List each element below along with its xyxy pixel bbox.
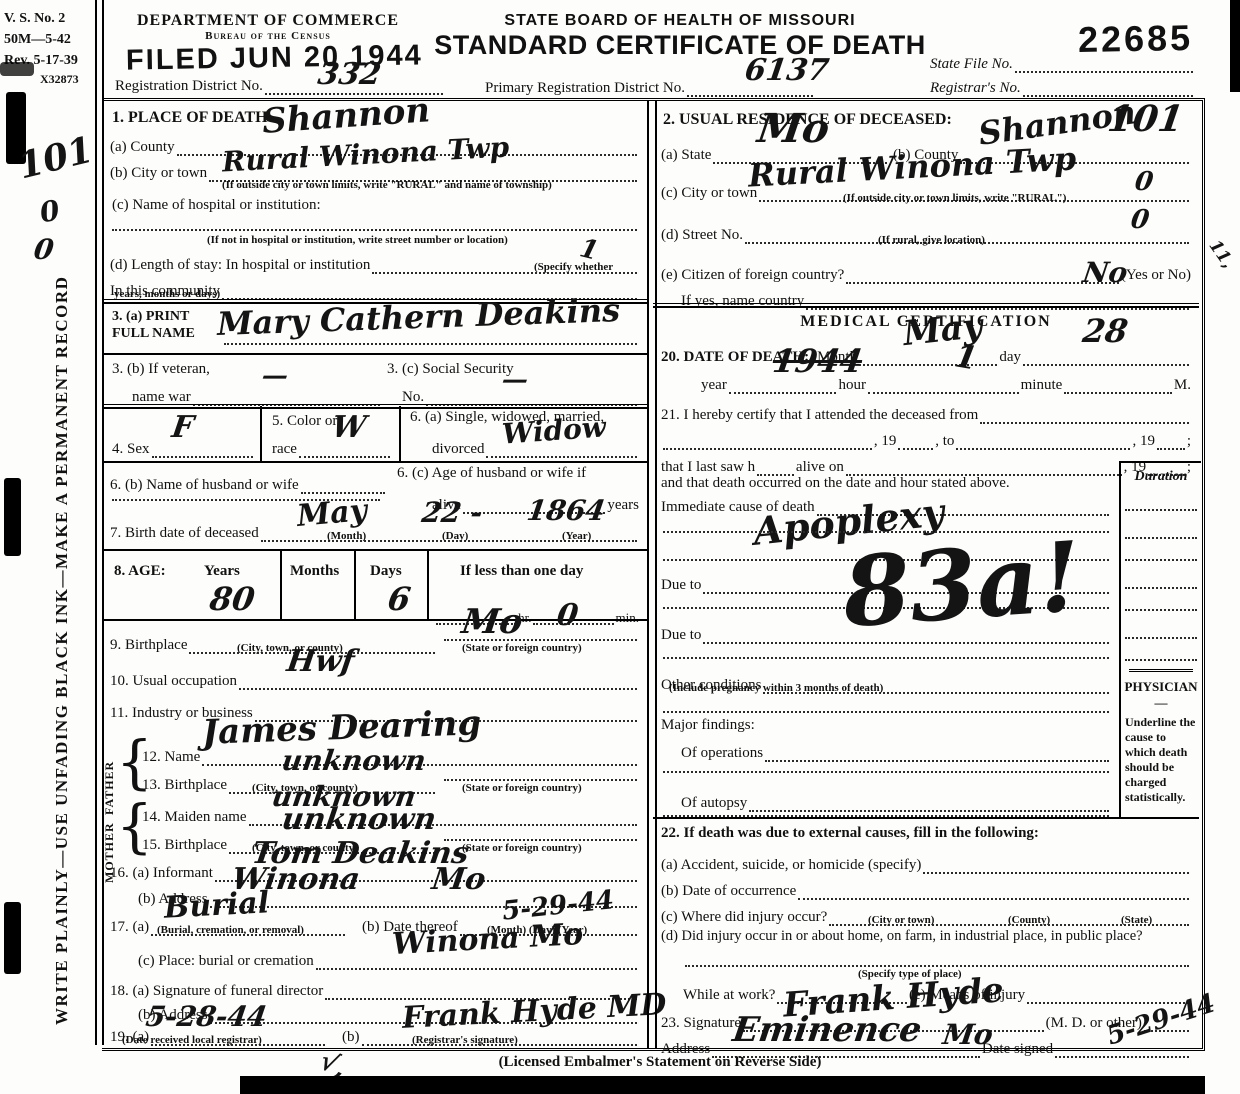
s8-years-header: Years bbox=[204, 563, 240, 580]
embalmer-note: (Licensed Embalmer's Statement on Revers… bbox=[400, 1054, 920, 1071]
dotted-line bbox=[444, 837, 637, 841]
s9-value: Mo bbox=[460, 605, 525, 639]
s3-veteran-label: 3. (b) If veteran, bbox=[112, 361, 210, 378]
registrar-no-label: Registrar's No. bbox=[930, 80, 1021, 97]
dotted-line bbox=[663, 446, 872, 450]
s22-c-label: (c) Where did injury occur? bbox=[661, 909, 827, 926]
s18-signature-label: 18. (a) Signature of funeral director bbox=[110, 983, 323, 1000]
s2-citizen-value: No bbox=[1081, 259, 1129, 287]
section-divider bbox=[102, 549, 647, 551]
column-right: 2. USUAL RESIDENCE OF DECEASED: (a) Stat… bbox=[653, 101, 1199, 1048]
due1-label: Due to bbox=[661, 577, 701, 594]
s7-label: 7. Birth date of deceased bbox=[110, 525, 259, 542]
s2-state-value: Mo bbox=[755, 109, 832, 149]
death-certificate-scan: V. S. No. 2 50M—5-42 Rev. 5-17-39 X32873… bbox=[0, 0, 1240, 1094]
s16-address-state: Mo bbox=[430, 865, 487, 895]
s7-year-note: (Year) bbox=[562, 531, 591, 542]
dotted-line bbox=[1125, 537, 1197, 539]
dotted-line bbox=[316, 966, 637, 970]
cell-divider bbox=[260, 406, 262, 461]
physician-title: PHYSICIAN bbox=[1121, 679, 1201, 695]
s1-specify-note: (Specify whether bbox=[534, 262, 613, 273]
s20-year-value: 1944 bbox=[771, 345, 865, 377]
s7-day-note: (Day) bbox=[442, 531, 468, 542]
s6a-value: Widow bbox=[501, 413, 607, 448]
dotted-line bbox=[980, 420, 1189, 424]
section-divider bbox=[653, 303, 1199, 308]
s1-hospital-label: (c) Name of hospital or institution: bbox=[112, 197, 321, 214]
primary-district-value: 6137 bbox=[743, 56, 831, 86]
s8-days-value: 6 bbox=[386, 583, 413, 615]
scan-artifact-bar bbox=[4, 902, 21, 974]
findings-label: Major findings: bbox=[661, 717, 755, 734]
margin-instruction: WRITE PLAINLY—USE UNFADING BLACK INK—MAK… bbox=[52, 120, 72, 1025]
s23-address-state: Mo bbox=[941, 1021, 995, 1049]
dotted-line bbox=[1023, 362, 1189, 366]
s19-b-label: (b) bbox=[342, 1029, 360, 1046]
dotted-line bbox=[765, 758, 1109, 762]
state-file-label: State File No. bbox=[930, 56, 1013, 73]
s23-label: 23. Signature bbox=[661, 1015, 741, 1032]
s2-street-label: (d) Street No. bbox=[661, 227, 743, 244]
s22-county-note: (County) bbox=[1008, 915, 1050, 926]
s1-city-label: (b) City or town bbox=[110, 165, 207, 182]
dotted-line bbox=[923, 870, 1189, 874]
s1-city-note: (If outside city or town limits, write "… bbox=[222, 180, 552, 191]
due2-line2 bbox=[661, 655, 1111, 659]
state-file-value: 22685 bbox=[1078, 17, 1194, 61]
dotted-line bbox=[798, 896, 1189, 900]
s7-year-value: 1864 bbox=[525, 497, 607, 525]
s6c-years-label: years bbox=[607, 497, 639, 514]
s3-veteran-value: — bbox=[260, 363, 290, 389]
s20-day-value: 28 bbox=[1081, 315, 1130, 347]
dotted-line bbox=[444, 777, 637, 781]
section-divider bbox=[102, 461, 647, 463]
dotted-line bbox=[687, 93, 813, 97]
s15-note2: (State or foreign country) bbox=[462, 843, 582, 854]
s10-value: Hwf bbox=[285, 647, 356, 677]
s19-date-note: (Date received local registrar) bbox=[122, 1035, 262, 1046]
board-title: STATE BOARD OF HEALTH OF MISSOURI bbox=[440, 12, 920, 30]
s21-text-e: ; bbox=[1187, 433, 1191, 450]
s2-street-note: (If rural, give location) bbox=[878, 235, 985, 246]
s20-day-label: day bbox=[999, 349, 1021, 366]
s20-year-label: year bbox=[701, 377, 727, 394]
dotted-line bbox=[486, 454, 637, 458]
cell-divider bbox=[354, 551, 356, 619]
s2-state-label: (a) State bbox=[661, 147, 711, 164]
certificate-title: STANDARD CERTIFICATE OF DEATH bbox=[430, 30, 930, 61]
dotted-line bbox=[301, 490, 385, 494]
s22-d-line bbox=[683, 963, 1191, 967]
form-code-line: 50M—5-42 bbox=[4, 29, 96, 50]
s3-print-line2: FULL NAME bbox=[112, 326, 195, 343]
s3-print-label: 3. (a) PRINT FULL NAME bbox=[112, 309, 195, 343]
dotted-line bbox=[1125, 637, 1197, 639]
reg-district-label: Registration District No. bbox=[115, 78, 263, 95]
dotted-line bbox=[846, 280, 1119, 284]
scan-smudge bbox=[0, 62, 34, 76]
s17-type-note: (Burial, cremation, or removal) bbox=[157, 925, 304, 936]
s5-race-value: W bbox=[330, 413, 368, 443]
physician-dash: — bbox=[1121, 695, 1201, 711]
section-divider bbox=[653, 817, 1199, 819]
s1-county-label: (a) County bbox=[110, 139, 175, 156]
scan-artifact-bar bbox=[1230, 0, 1240, 92]
s22-a-row: (a) Accident, suicide, or homicide (spec… bbox=[661, 857, 1191, 874]
dotted-line bbox=[868, 390, 1019, 394]
s23-address-value: Eminence bbox=[731, 1013, 924, 1047]
s21-text-c: , to bbox=[935, 433, 954, 450]
header-left: DEPARTMENT OF COMMERCE Bureau of the Cen… bbox=[118, 12, 418, 42]
s17-place-row: (c) Place: burial or cremation bbox=[138, 953, 639, 970]
s12-name-label: 12. Name bbox=[142, 749, 200, 766]
s6a-label2: divorced bbox=[432, 441, 484, 458]
dotted-line bbox=[1125, 509, 1197, 511]
dotted-line bbox=[239, 686, 637, 690]
s3-ssn-value: — bbox=[500, 367, 530, 393]
dotted-line bbox=[956, 446, 1130, 450]
s23-date-label: Date signed bbox=[982, 1041, 1053, 1058]
s21-text-f: that I last saw h bbox=[661, 459, 755, 476]
s6b-label: 6. (b) Name of husband or wife bbox=[110, 477, 299, 494]
s21-text-j: and that death occurred on the date and … bbox=[661, 475, 1010, 492]
cell-divider bbox=[427, 551, 429, 619]
dotted-line bbox=[898, 446, 933, 450]
s2-mark-0a: 0 bbox=[1133, 169, 1155, 195]
dotted-line bbox=[112, 227, 637, 231]
dotted-line bbox=[299, 454, 390, 458]
s19-date-value: 5-28-44 bbox=[144, 1003, 269, 1031]
scan-artifact-bar-bottom bbox=[240, 1076, 1205, 1094]
s6c-label: 6. (c) Age of husband or wife if bbox=[397, 465, 586, 482]
dotted-line bbox=[663, 655, 1109, 659]
dotted-line bbox=[224, 341, 637, 345]
s20-m-label: M. bbox=[1174, 377, 1191, 394]
physician-note: Underline the cause to which death shoul… bbox=[1125, 715, 1199, 805]
s21-row3: that I last saw h alive on , 19 ; bbox=[661, 459, 1191, 476]
dotted-line bbox=[1064, 390, 1172, 394]
dotted-line bbox=[685, 963, 1189, 967]
s21-text-g: alive on bbox=[796, 459, 844, 476]
s16-informant-label: 16. (a) Informant bbox=[110, 865, 213, 882]
section-divider bbox=[102, 353, 647, 355]
s7-month-value: May bbox=[296, 496, 368, 532]
form-code-line: V. S. No. 2 bbox=[4, 8, 96, 29]
s22-heading: 22. If death was due to external causes,… bbox=[661, 825, 1039, 842]
cause-code-scrawl: 83a! bbox=[840, 529, 1084, 641]
s21-row1: 21. I hereby certify that I attended the… bbox=[661, 407, 1191, 424]
s20-hour-value: 1 bbox=[952, 339, 979, 374]
dotted-line bbox=[1125, 559, 1197, 561]
s17-place-label: (c) Place: burial or cremation bbox=[138, 953, 314, 970]
s1-stay-label: (d) Length of stay: In hospital or insti… bbox=[110, 257, 370, 274]
s1-hospital-line bbox=[110, 227, 639, 231]
s9-label: 9. Birthplace bbox=[110, 637, 187, 654]
operations-label: Of operations bbox=[681, 745, 763, 762]
autopsy-row: Of autopsy bbox=[681, 795, 1111, 812]
form-code-x: X32873 bbox=[40, 72, 79, 87]
s7-month-note: (Month) bbox=[327, 531, 366, 542]
s13-line2 bbox=[442, 777, 639, 781]
scan-artifact-bar bbox=[4, 478, 21, 556]
s3-ssn-label: 3. (c) Social Security bbox=[387, 361, 514, 378]
s10-row: 10. Usual occupation bbox=[110, 673, 639, 690]
s1-heading: 1. PLACE OF DEATH bbox=[112, 109, 268, 127]
primary-district-label: Primary Registration District No. bbox=[485, 80, 685, 97]
s17-type-value: Burial bbox=[163, 888, 270, 923]
s21-text-a: 21. I hereby certify that I attended the… bbox=[661, 407, 978, 424]
s5-race-label1: 5. Color or bbox=[272, 413, 337, 430]
s8-years-value: 80 bbox=[208, 583, 257, 615]
s3-name-line bbox=[222, 341, 639, 345]
s8-less-header: If less than one day bbox=[460, 563, 583, 580]
duration-header: Duration bbox=[1121, 469, 1201, 485]
s9-mark: 0 bbox=[555, 601, 580, 631]
form-body: 1. PLACE OF DEATH Shannon (a) County Rur… bbox=[102, 98, 1205, 1051]
cell-divider bbox=[399, 406, 401, 461]
s8-months-header: Months bbox=[290, 563, 339, 580]
s13-bp-label: 13. Birthplace bbox=[142, 777, 227, 794]
dotted-line bbox=[729, 390, 837, 394]
s2-city-label: (c) City or town bbox=[661, 185, 757, 202]
dotted-line bbox=[1125, 659, 1197, 661]
dotted-line bbox=[663, 769, 1109, 773]
cell-divider bbox=[280, 551, 282, 619]
other-note: (Include pregnancy within 3 months of de… bbox=[669, 683, 883, 694]
autopsy-label: Of autopsy bbox=[681, 795, 747, 812]
s8-label: 8. AGE: bbox=[114, 563, 166, 580]
s7-row: 7. Birth date of deceased bbox=[110, 525, 639, 542]
s15-line2 bbox=[442, 837, 639, 841]
s2-county-mark: 101 bbox=[1105, 101, 1185, 137]
dotted-line bbox=[1125, 587, 1197, 589]
s19-signature-note: (Registrar's signature) bbox=[412, 1035, 518, 1046]
s7-day-value: 22 - bbox=[420, 499, 484, 527]
edge-scribble: 11, bbox=[1205, 238, 1236, 272]
s4-sex-value: F bbox=[170, 413, 196, 443]
s22-state-note: (State) bbox=[1121, 915, 1152, 926]
s3-print-line1: 3. (a) PRINT bbox=[112, 309, 195, 326]
dotted-line bbox=[1125, 609, 1197, 611]
s8-days-header: Days bbox=[370, 563, 402, 580]
s10-label: 10. Usual occupation bbox=[110, 673, 237, 690]
s14-name-label: 14. Maiden name bbox=[142, 809, 247, 826]
s5-race-label2: race bbox=[272, 441, 297, 458]
dotted-line bbox=[1015, 69, 1193, 73]
reg-district-value: 332 bbox=[316, 60, 383, 90]
dotted-line bbox=[749, 808, 1109, 812]
dotted-line bbox=[1157, 446, 1185, 450]
s2-citizen-note: (Yes or No) bbox=[1121, 267, 1191, 284]
s1-hospital-note: (If not in hospital or institution, writ… bbox=[207, 235, 508, 246]
duration-physician-divider bbox=[1129, 669, 1193, 672]
s22-a-label: (a) Accident, suicide, or homicide (spec… bbox=[661, 857, 921, 874]
s15-bp-value: unknown bbox=[280, 805, 438, 835]
other-line2 bbox=[661, 709, 1111, 713]
s22-b-row: (b) Date of occurrence bbox=[661, 883, 1191, 900]
dotted-line bbox=[859, 362, 997, 366]
s22-d-label: (d) Did injury occur in or about home, o… bbox=[661, 929, 1143, 945]
s17-num: 17. (a) bbox=[110, 919, 149, 936]
s2-citizen-label: (e) Citizen of foreign country? bbox=[661, 267, 844, 284]
s1-county-value: Shannon bbox=[261, 93, 431, 139]
operations-line2 bbox=[661, 769, 1111, 773]
duration-column: Duration PHYSICIAN — Underline the cause… bbox=[1119, 461, 1201, 819]
s22-b-label: (b) Date of occurrence bbox=[661, 883, 796, 900]
s9-note2: (State or foreign country) bbox=[462, 643, 582, 654]
s21-text-d: , 19 bbox=[1132, 433, 1155, 450]
dotted-line bbox=[663, 709, 1109, 713]
s6b-row: 6. (b) Name of husband or wife bbox=[110, 477, 387, 494]
s13-bp-value: unknown bbox=[280, 747, 428, 775]
dept-title: DEPARTMENT OF COMMERCE bbox=[118, 12, 418, 30]
s21-row2: , 19 , to , 19 ; bbox=[661, 433, 1191, 450]
s2-city-note: (If outside city or town limits, write "… bbox=[843, 193, 1066, 204]
s22-work-label: While at work? bbox=[683, 987, 775, 1004]
s21-text-b: , 19 bbox=[874, 433, 897, 450]
dotted-line bbox=[1055, 1054, 1189, 1058]
s15-bp-label: 15. Birthplace bbox=[142, 837, 227, 854]
column-left: 1. PLACE OF DEATH Shannon (a) County Rur… bbox=[102, 101, 647, 1048]
registrar-no-row: Registrar's No. bbox=[930, 80, 1195, 97]
due2-label: Due to bbox=[661, 627, 701, 644]
operations-row: Of operations bbox=[681, 745, 1111, 762]
s13-note2: (State or foreign country) bbox=[462, 783, 582, 794]
s22-city-note: (City or town) bbox=[868, 915, 934, 926]
s20-minute-label: minute bbox=[1021, 377, 1063, 394]
dotted-line bbox=[152, 454, 254, 458]
s4-sex-label: 4. Sex bbox=[112, 441, 150, 458]
